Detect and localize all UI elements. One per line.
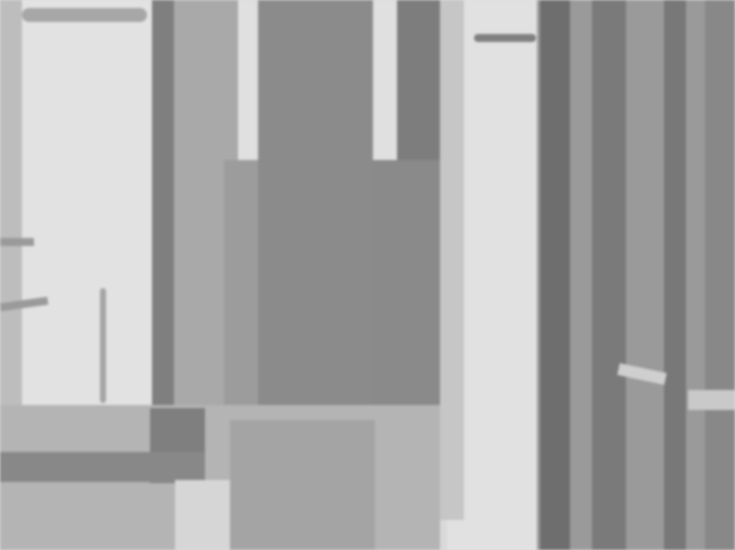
doorway-edge	[440, 0, 464, 520]
floor-shadow	[230, 420, 375, 550]
left-stroke-1	[0, 238, 34, 246]
floor-light-patch	[175, 480, 235, 550]
curtain-stripe-1	[540, 0, 570, 550]
light-streak-2	[688, 390, 735, 410]
door-top-stroke	[474, 34, 536, 42]
light-gap	[238, 0, 260, 160]
curtain-stripe-4	[705, 0, 735, 550]
curtain-stripe-2	[592, 0, 626, 550]
curtain-stripe-3	[664, 0, 686, 550]
window-top-bar	[22, 8, 147, 22]
central-dark-block	[258, 0, 373, 420]
thin-curve	[100, 288, 106, 403]
sill-bar	[0, 452, 205, 482]
column-2-lower	[224, 160, 260, 420]
ink-wash-painting	[0, 0, 735, 550]
central-light-slit	[373, 0, 397, 160]
window-light	[22, 0, 157, 410]
column-dark-edge	[152, 0, 174, 420]
